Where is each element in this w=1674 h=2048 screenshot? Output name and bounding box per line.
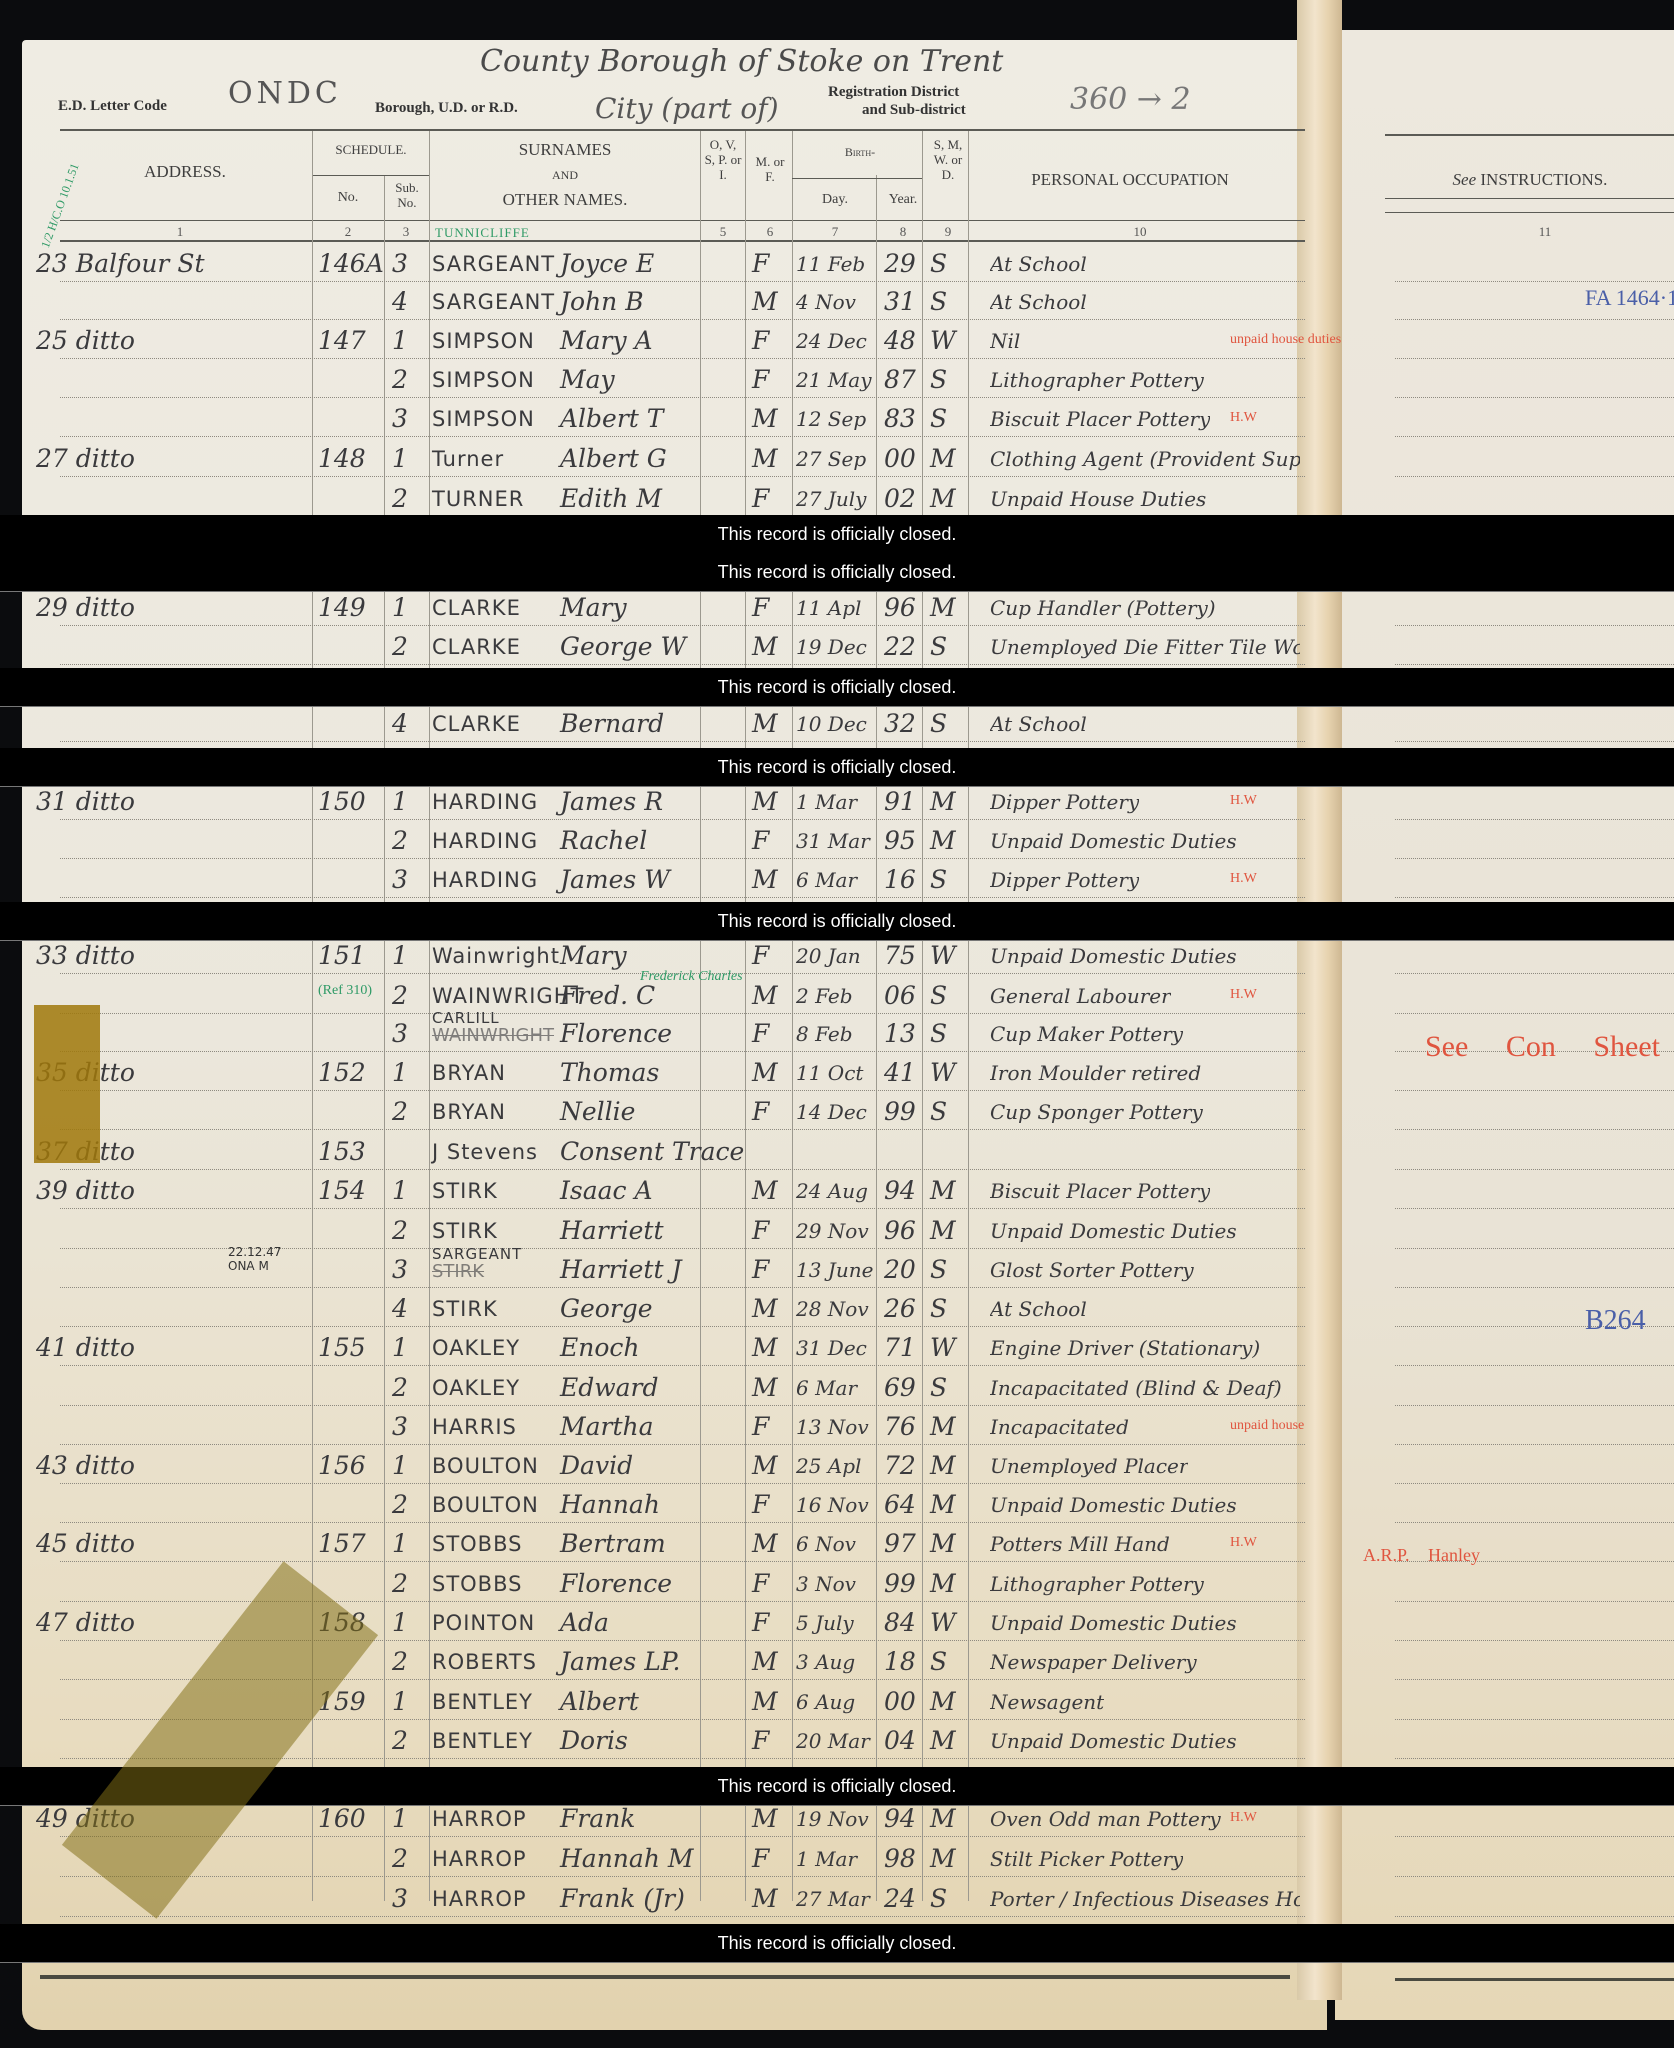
schedule-number: 147 [318, 326, 366, 356]
col-head-surnames: SURNAMES [430, 140, 700, 160]
sub-number: 1 [392, 444, 408, 474]
birth-year-cell: 32 [884, 709, 916, 739]
birth-year-cell: 96 [884, 1216, 916, 1246]
forename-cell: James W [560, 865, 670, 895]
marital-status-cell: M [930, 826, 956, 856]
sub-number: 3 [392, 1412, 408, 1442]
forename-cell: Fred. C [560, 981, 655, 1011]
struck-surname: STIRK [432, 1261, 484, 1282]
occupation-cell: Nil [990, 326, 1020, 356]
occupation-cell: Lithographer Pottery [990, 365, 1204, 395]
col-head-other-names: OTHER NAMES. [430, 190, 700, 210]
sub-number: 1 [392, 1333, 408, 1363]
sex-cell: M [752, 1333, 778, 1363]
red-annotation: H.W [1230, 793, 1257, 809]
surname-cell: CLARKE [432, 632, 521, 662]
sex-cell: F [752, 593, 769, 623]
surname-cell: CLARKE [432, 593, 521, 623]
sub-number: 1 [392, 787, 408, 817]
forename-cell: Martha [560, 1412, 654, 1442]
occupation-cell: Cup Sponger Pottery [990, 1097, 1203, 1127]
occupation-cell: At School [990, 249, 1087, 279]
birth-year-cell: 41 [884, 1058, 916, 1088]
schedule-number: 149 [318, 593, 366, 623]
birth-day-cell: 31 Mar [796, 826, 870, 856]
occupation-cell: Newsagent [990, 1687, 1104, 1717]
surname-cell: CLARKE [432, 709, 521, 739]
forename-cell: Enoch [560, 1333, 640, 1363]
birth-year-cell: 69 [884, 1373, 916, 1403]
surname-cell: STIRK [432, 1294, 498, 1324]
forename-cell: Hannah M [560, 1844, 693, 1874]
sub-number: 4 [392, 1294, 408, 1324]
sub-number: 2 [392, 632, 408, 662]
marital-status-cell: S [930, 365, 947, 395]
sub-number: 4 [392, 287, 408, 317]
red-annotation: H.W [1230, 1535, 1257, 1551]
sub-number: 2 [392, 1490, 408, 1520]
surname-cell: SIMPSON [432, 404, 535, 434]
forename-cell: Ada [560, 1608, 609, 1638]
sub-number: 2 [392, 1844, 408, 1874]
col-number-7: 7 [825, 224, 845, 240]
address-cell: 23 Balfour St [36, 249, 205, 279]
red-annotation: H.W [1230, 1810, 1257, 1826]
schedule-number: 154 [318, 1176, 366, 1206]
forename-cell: Florence [560, 1019, 672, 1049]
forename-cell: Frank (Jr) [560, 1884, 685, 1914]
forename-cell: Harriett [560, 1216, 664, 1246]
sex-cell: M [752, 787, 778, 817]
forename-cell: Harriett J [560, 1255, 681, 1285]
birth-day-cell: 27 Mar [796, 1884, 870, 1914]
forename-cell: James R [560, 787, 663, 817]
schedule-number: 150 [318, 787, 366, 817]
birth-day-cell: 3 Aug [796, 1647, 855, 1677]
sub-number: 3 [392, 1255, 408, 1285]
birth-day-cell: 28 Nov [796, 1294, 869, 1324]
occupation-cell: Unpaid Domestic Duties [990, 1726, 1237, 1756]
birth-day-cell: 6 Aug [796, 1687, 855, 1717]
address-cell: 41 ditto [36, 1333, 135, 1363]
occupation-cell: Dipper Pottery [990, 865, 1139, 895]
right-note-arp-hanley: A.R.P. Hanley [1363, 1545, 1480, 1566]
ed-letter-code-value: ONDC [228, 76, 342, 111]
surname-cell: HARROP [432, 1844, 527, 1874]
county-borough-title: County Borough of Stoke on Trent [480, 44, 1003, 79]
sub-number: 2 [392, 1097, 408, 1127]
surname-cell: STOBBS [432, 1569, 522, 1599]
col-head-occupation: PERSONAL OCCUPATION [970, 170, 1290, 190]
occupation-cell: Cup Handler (Pottery) [990, 593, 1216, 623]
surname-cell: BOULTON [432, 1451, 539, 1481]
marital-status-cell: M [930, 1804, 956, 1834]
marital-status-cell: M [930, 1569, 956, 1599]
col-head-schedule-no: No. [313, 190, 383, 206]
occupation-cell: At School [990, 1294, 1087, 1324]
marital-status-cell: M [930, 484, 956, 514]
surname-cell: HARRIS [432, 1412, 517, 1442]
surname-cell: HARDING [432, 865, 538, 895]
birth-day-cell: 27 July [796, 484, 866, 514]
col-number-10: 10 [1130, 224, 1150, 240]
registration-district-value: 360 → 2 [1070, 82, 1191, 117]
registration-district-label: Registration District [828, 84, 959, 101]
sex-cell: F [752, 249, 769, 279]
sex-cell: F [752, 941, 769, 971]
address-cell: 47 ditto [36, 1608, 135, 1638]
marital-status-cell: M [930, 1726, 956, 1756]
col-head-birth-day: Day. [795, 192, 875, 208]
marital-status-cell: S [930, 1019, 947, 1049]
address-cell: 43 ditto [36, 1451, 135, 1481]
birth-year-cell: 00 [884, 1687, 916, 1717]
schedule-number: 146A [318, 249, 384, 279]
birth-year-cell: 84 [884, 1608, 916, 1638]
marital-status-cell: S [930, 1294, 947, 1324]
col-head-and: AND [430, 169, 700, 183]
sub-number: 1 [392, 1608, 408, 1638]
address-cell: 31 ditto [36, 787, 135, 817]
birth-day-cell: 29 Nov [796, 1216, 869, 1246]
forename-cell: Thomas [560, 1058, 659, 1088]
birth-day-cell: 11 Oct [796, 1058, 863, 1088]
birth-year-cell: 64 [884, 1490, 916, 1520]
forename-cell: Albert [560, 1687, 639, 1717]
forename-cell: Mary [560, 593, 627, 623]
marital-status-cell: S [930, 865, 947, 895]
sex-cell: F [752, 1608, 769, 1638]
sex-cell: F [752, 365, 769, 395]
birth-year-cell: 99 [884, 1569, 916, 1599]
marital-status-cell: S [930, 632, 947, 662]
marital-status-cell: W [930, 326, 956, 356]
marital-status-cell: S [930, 1884, 947, 1914]
birth-day-cell: 20 Jan [796, 941, 861, 971]
forename-cell: Consent Trace [560, 1137, 744, 1167]
occupation-cell: Oven Odd man Pottery [990, 1804, 1221, 1834]
surname-cell: HARROP [432, 1884, 527, 1914]
forename-cell: May [560, 365, 615, 395]
instructions-label: INSTRUCTIONS. [1480, 170, 1607, 189]
sub-number: 1 [392, 326, 408, 356]
address-cell: 29 ditto [36, 593, 135, 623]
birth-year-cell: 20 [884, 1255, 916, 1285]
marital-status-cell: M [930, 1844, 956, 1874]
forename-cell: George [560, 1294, 653, 1324]
sex-cell: F [752, 1569, 769, 1599]
birth-year-cell: 26 [884, 1294, 916, 1324]
marital-status-cell: S [930, 709, 947, 739]
sub-district-label: and Sub-district [862, 102, 966, 119]
sex-cell: M [752, 404, 778, 434]
sub-number: 4 [392, 709, 408, 739]
sub-number: 2 [392, 826, 408, 856]
col-number-1: 1 [170, 224, 190, 240]
occupation-cell: Unpaid Domestic Duties [990, 1608, 1237, 1638]
forename-cell: Frank [560, 1804, 635, 1834]
schedule-number: 157 [318, 1529, 366, 1559]
sex-cell: M [752, 865, 778, 895]
occupation-cell: Potters Mill Hand [990, 1529, 1170, 1559]
col-head-sex: M. or F. [750, 155, 790, 185]
schedule-number: 151 [318, 941, 366, 971]
marital-status-cell: S [930, 1097, 947, 1127]
sex-cell: M [752, 1884, 778, 1914]
schedule-number: 148 [318, 444, 366, 474]
occupation-cell: Glost Sorter Pottery [990, 1255, 1194, 1285]
col-number-6: 6 [760, 224, 780, 240]
birth-year-cell: 83 [884, 404, 916, 434]
birth-year-cell: 02 [884, 484, 916, 514]
sex-cell: F [752, 1490, 769, 1520]
forename-cell: Bertram [560, 1529, 666, 1559]
birth-day-cell: 24 Dec [796, 326, 867, 356]
occupation-cell: Cup Maker Pottery [990, 1019, 1183, 1049]
sub-number: 1 [392, 1176, 408, 1206]
birth-day-cell: 2 Feb [796, 981, 853, 1011]
sub-number: 1 [392, 593, 408, 623]
forename-cell: Edith M [560, 484, 662, 514]
red-annotation: H.W [1230, 871, 1257, 887]
forename-cell: Mary [560, 941, 627, 971]
birth-day-cell: 3 Nov [796, 1569, 856, 1599]
sex-cell: F [752, 326, 769, 356]
birth-year-cell: 95 [884, 826, 916, 856]
occupation-cell: General Labourer [990, 981, 1171, 1011]
surname-cell: ROBERTS [432, 1647, 537, 1677]
surname-cell: POINTON [432, 1608, 535, 1638]
surname-cell: OAKLEY [432, 1333, 520, 1363]
forename-cell: Nellie [560, 1097, 635, 1127]
marital-status-cell: M [930, 444, 956, 474]
surname-cell: SARGEANT [432, 287, 555, 317]
birth-year-cell: 97 [884, 1529, 916, 1559]
marital-status-cell: S [930, 1373, 947, 1403]
birth-day-cell: 16 Nov [796, 1490, 869, 1520]
col-number-2: 2 [338, 224, 358, 240]
birth-year-cell: 94 [884, 1804, 916, 1834]
occupation-cell: Unpaid Domestic Duties [990, 826, 1237, 856]
sex-cell: F [752, 484, 769, 514]
birth-year-cell: 18 [884, 1647, 916, 1677]
sub-number: 1 [392, 1687, 408, 1717]
birth-day-cell: 8 Feb [796, 1019, 853, 1049]
marital-status-cell: S [930, 287, 947, 317]
birth-year-cell: 94 [884, 1176, 916, 1206]
sub-number: 1 [392, 941, 408, 971]
birth-day-cell: 6 Nov [796, 1529, 856, 1559]
birth-day-cell: 11 Apl [796, 593, 861, 623]
col-head-instructions: See INSTRUCTIONS. [1390, 170, 1670, 190]
reference-note: (Ref 310) [318, 983, 372, 999]
birth-day-cell: 4 Nov [796, 287, 856, 317]
birth-year-cell: 71 [884, 1333, 916, 1363]
forename-cell: Albert G [560, 444, 667, 474]
occupation-cell: Incapacitated [990, 1412, 1129, 1442]
surname-cell: J Stevens [432, 1137, 538, 1167]
surname-cell: BOULTON [432, 1490, 539, 1520]
birth-day-cell: 13 Nov [796, 1412, 869, 1442]
marital-status-cell: W [930, 1333, 956, 1363]
occupation-cell: Lithographer Pottery [990, 1569, 1204, 1599]
forename-cell: Florence [560, 1569, 672, 1599]
birth-day-cell: 25 Apl [796, 1451, 861, 1481]
right-note-b264: B264 [1585, 1305, 1646, 1337]
closed-record-bar: This record is officially closed. [0, 1924, 1674, 1963]
col-number-3: 3 [396, 224, 416, 240]
birth-day-cell: 19 Dec [796, 632, 867, 662]
occupation-cell: Dipper Pottery [990, 787, 1139, 817]
sub-number: 3 [392, 1019, 408, 1049]
forename-cell: David [560, 1451, 633, 1481]
surname-cell: BENTLEY [432, 1726, 533, 1756]
birth-year-cell: 13 [884, 1019, 916, 1049]
forename-cell: Joyce E [560, 249, 654, 279]
surname-cell: HARDING [432, 787, 538, 817]
birth-year-cell: 76 [884, 1412, 916, 1442]
marital-status-cell: M [930, 1687, 956, 1717]
schedule-number: 152 [318, 1058, 366, 1088]
margin-date-note: 22.12.47 ONA M [228, 1245, 288, 1273]
birth-day-cell: 10 Dec [796, 709, 867, 739]
sex-cell: F [752, 1019, 769, 1049]
occupation-cell: Incapacitated (Blind & Deaf) [990, 1373, 1282, 1403]
birth-year-cell: 48 [884, 326, 916, 356]
schedule-number: 153 [318, 1137, 366, 1167]
sub-number: 3 [392, 865, 408, 895]
birth-day-cell: 19 Nov [796, 1804, 869, 1834]
birth-year-cell: 06 [884, 981, 916, 1011]
col-head-schedule: SCHEDULE. [313, 143, 429, 158]
birth-year-cell: 24 [884, 1884, 916, 1914]
right-note-see-con-sheet: See Con Sheet [1425, 1030, 1660, 1064]
marital-status-cell: W [930, 1608, 956, 1638]
surname-cell: OAKLEY [432, 1373, 520, 1403]
birth-day-cell: 21 May [796, 365, 872, 395]
sex-cell: M [752, 1176, 778, 1206]
sub-number: 2 [392, 1726, 408, 1756]
struck-surname: WAINWRIGHT [432, 1025, 554, 1046]
birth-year-cell: 31 [884, 287, 916, 317]
sex-cell: M [752, 1804, 778, 1834]
tunnicliffe-note: TUNNICLIFFE [435, 225, 530, 241]
surname-cell: STOBBS [432, 1529, 522, 1559]
col-number-9: 9 [938, 224, 958, 240]
occupation-cell: Unpaid Domestic Duties [990, 1490, 1237, 1520]
surname-cell: BRYAN [432, 1058, 506, 1088]
birth-day-cell: 6 Mar [796, 1373, 857, 1403]
address-cell: 33 ditto [36, 941, 135, 971]
forename-cell: George W [560, 632, 686, 662]
occupation-cell: Unpaid Domestic Duties [990, 1216, 1237, 1246]
sub-number: 2 [392, 484, 408, 514]
surname-cell: SIMPSON [432, 365, 535, 395]
birth-day-cell: 20 Mar [796, 1726, 870, 1756]
occupation-cell: Unpaid Domestic Duties [990, 941, 1237, 971]
marital-status-cell: W [930, 941, 956, 971]
occupation-cell: Unemployed Die Fitter Tile Works [990, 632, 1300, 662]
col-head-address: ADDRESS. [60, 162, 310, 182]
sex-cell: M [752, 1373, 778, 1403]
occupation-cell: Stilt Picker Pottery [990, 1844, 1183, 1874]
sub-number: 1 [392, 1058, 408, 1088]
ed-letter-code-label: E.D. Letter Code [58, 98, 167, 115]
sub-number: 1 [392, 1529, 408, 1559]
address-cell: 45 ditto [36, 1529, 135, 1559]
forename-cell: John B [560, 287, 644, 317]
sex-cell: F [752, 1255, 769, 1285]
sub-number: 3 [392, 404, 408, 434]
marital-status-cell: W [930, 1058, 956, 1088]
marital-status-cell: M [930, 1529, 956, 1559]
sex-cell: M [752, 1529, 778, 1559]
forename-cell: Bernard [560, 709, 664, 739]
col-head-birth: Birth- [795, 146, 925, 160]
sex-cell: F [752, 1216, 769, 1246]
sub-number: 2 [392, 1569, 408, 1599]
closed-record-bar: This record is officially closed. [0, 553, 1674, 592]
sub-number: 3 [392, 249, 408, 279]
schedule-number: 156 [318, 1451, 366, 1481]
surname-cell: BRYAN [432, 1097, 506, 1127]
birth-day-cell: 12 Sep [796, 404, 866, 434]
closed-record-bar: This record is officially closed. [0, 515, 1674, 554]
col-number-5: 5 [713, 224, 733, 240]
sex-cell: M [752, 1451, 778, 1481]
marital-status-cell: S [930, 1255, 947, 1285]
closed-record-bar: This record is officially closed. [0, 668, 1674, 707]
sex-cell: F [752, 1097, 769, 1127]
sex-cell: M [752, 632, 778, 662]
occupation-cell: Biscuit Placer Pottery [990, 1176, 1210, 1206]
birth-year-cell: 96 [884, 593, 916, 623]
surname-cell: HARROP [432, 1804, 527, 1834]
forename-cell: Hannah [560, 1490, 660, 1520]
occupation-cell: Biscuit Placer Pottery [990, 404, 1210, 434]
occupation-cell: Iron Moulder retired [990, 1058, 1201, 1088]
green-annotation: Frederick Charles [640, 969, 743, 985]
schedule-number: 155 [318, 1333, 366, 1363]
col-head-birth-year: Year. [880, 192, 926, 208]
forename-cell: Isaac A [560, 1176, 653, 1206]
sex-cell: F [752, 826, 769, 856]
forename-cell: Doris [560, 1726, 628, 1756]
sex-cell: M [752, 981, 778, 1011]
birth-year-cell: 00 [884, 444, 916, 474]
sex-cell: F [752, 1726, 769, 1756]
see-label: See [1453, 170, 1477, 189]
sex-cell: M [752, 287, 778, 317]
sex-cell: M [752, 1058, 778, 1088]
forename-cell: Mary A [560, 326, 653, 356]
occupation-cell: Clothing Agent (Provident Supply Co) [990, 444, 1300, 474]
right-note-fa: FA 1464·19 [1585, 285, 1674, 311]
birth-day-cell: 1 Mar [796, 1844, 857, 1874]
surname-cell: SIMPSON [432, 326, 535, 356]
occupation-cell: Porter / Infectious Diseases Hospital [990, 1884, 1300, 1914]
occupation-cell: Unemployed Placer [990, 1451, 1188, 1481]
occupation-cell: At School [990, 709, 1087, 739]
col-head-marital: S, M, W. or D. [930, 138, 966, 183]
borough-value: City (part of) [595, 92, 779, 125]
marital-status-cell: S [930, 404, 947, 434]
birth-day-cell: 27 Sep [796, 444, 866, 474]
sex-cell: M [752, 1294, 778, 1324]
surname-cell: Turner [432, 444, 504, 474]
marital-status-cell: M [930, 1451, 956, 1481]
marital-status-cell: M [930, 1490, 956, 1520]
